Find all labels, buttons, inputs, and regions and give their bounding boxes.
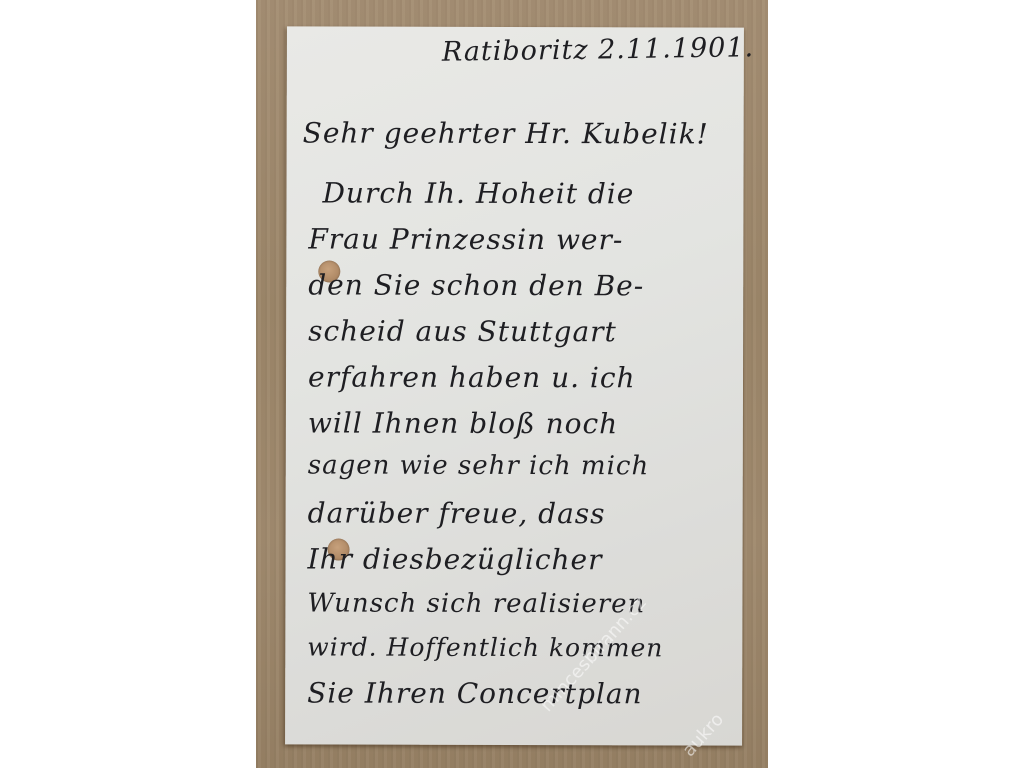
letter-line: Frau Prinzessin wer- — [308, 222, 623, 256]
place-date: Ratiboritz 2.11.1901. — [442, 32, 755, 68]
letter-line: Wunsch sich realisieren — [307, 588, 645, 619]
letter-line: Sie Ihren Concertplan — [307, 676, 642, 710]
letter-line: Durch Ih. Hoheit die — [322, 176, 634, 210]
letter-line: den Sie schon den Be- — [308, 268, 644, 302]
letter-line: Ihr diesbezüglicher — [308, 542, 603, 576]
letter-line: scheid aus Stuttgart — [308, 314, 617, 348]
salutation: Sehr geehrter Hr. Kubelik! — [303, 116, 709, 150]
letter-line: darüber freue, dass — [308, 496, 606, 530]
letter-sheet: Ratiboritz 2.11.1901. Sehr geehrter Hr. … — [285, 26, 744, 745]
letter-line: erfahren haben u. ich — [308, 360, 636, 394]
letter-line: sagen wie sehr ich mich — [308, 450, 650, 481]
letter-line: will Ihnen bloß noch — [308, 406, 618, 440]
letter-photo: Ratiboritz 2.11.1901. Sehr geehrter Hr. … — [256, 0, 768, 768]
